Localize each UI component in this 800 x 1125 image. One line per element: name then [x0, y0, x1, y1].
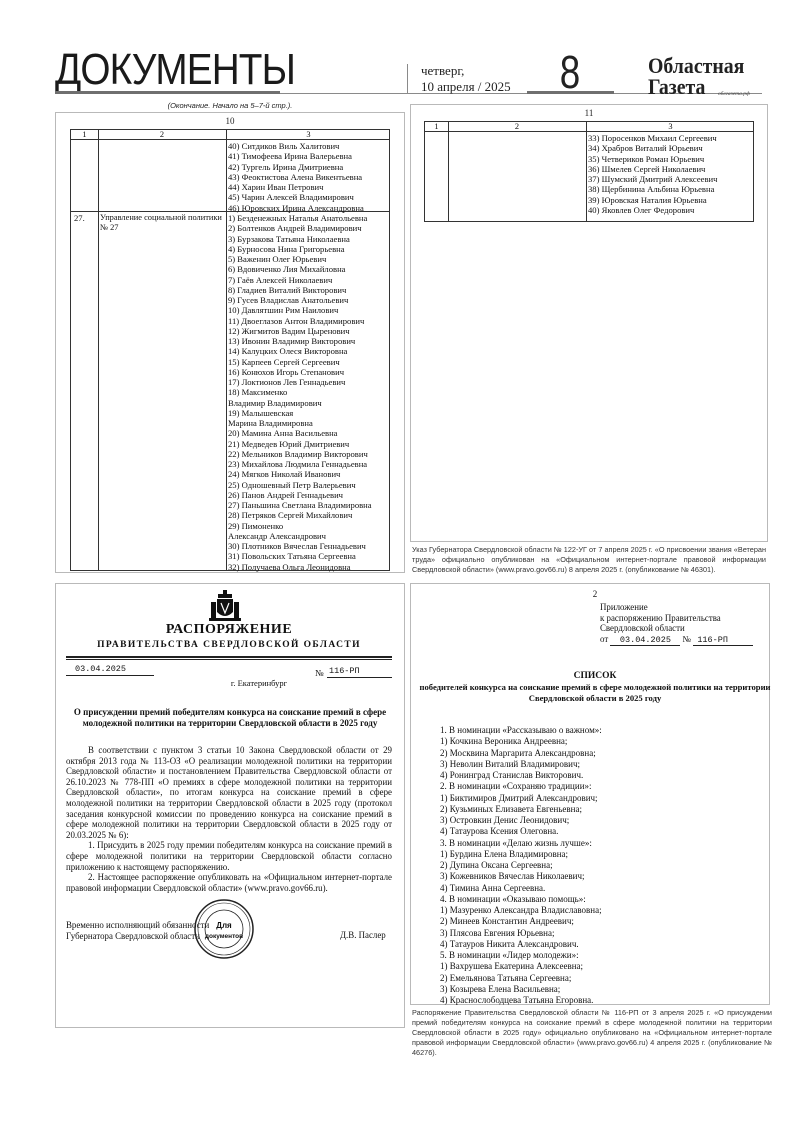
list-item: 40) Яковлев Олег Федорович	[588, 205, 717, 215]
brand-site: облгазета.рф	[718, 91, 750, 97]
list-item: 3) Бурзакова Татьяна Николаевна	[228, 234, 372, 244]
list-title: СПИСОК	[410, 671, 780, 681]
table-row: 1) Безденежных Наталья Анатольевна2) Бол…	[228, 213, 372, 572]
col-divider	[586, 122, 587, 221]
awards-table-page10: 1 2 3 40) Ситдиков Виль Халитович41) Тим…	[70, 129, 390, 571]
list-item: 23) Михайлова Людмила Геннадьевна	[228, 459, 372, 469]
list-item: 3) Кожевников Вячеслав Николаевич;	[440, 871, 602, 882]
list-item: 7) Гаёв Алексей Николаевич	[228, 275, 372, 285]
appendix-date-line: от 03.04.2025 № 116-РП	[600, 634, 753, 647]
list-item: 27) Паньшина Светлана Владимировна	[228, 500, 372, 510]
list-item: 13) Ивонин Владимир Викторович	[228, 336, 372, 346]
awards-table-page11: 1 2 3 33) Поросенков Михаил Сергеевич34)…	[424, 121, 754, 222]
page-number: 8	[534, 49, 606, 95]
list-item: 4) Татауров Никита Александрович.	[440, 939, 602, 950]
decree-body: В соответствии с пунктом 3 статьи 10 Зак…	[66, 745, 392, 893]
page-label: 10	[56, 116, 404, 126]
header-col2: 2	[98, 130, 226, 140]
list-item: 38) Щербинина Альбина Юрьевна	[588, 184, 717, 194]
list-item: 2) Москвина Маргарита Александровна;	[440, 748, 602, 759]
header-col2: 2	[448, 122, 586, 132]
list-item: 43) Феоктистова Алена Викентьевна	[228, 172, 364, 182]
coat-of-arms-icon	[203, 590, 247, 622]
list-item: 8) Гладиев Виталий Викторович	[228, 285, 372, 295]
decree-subtitle: ПРАВИТЕЛЬСТВА СВЕРДЛОВСКОЙ ОБЛАСТИ	[56, 640, 402, 650]
table-row: 33) Поросенков Михаил Сергеевич34) Храбр…	[588, 133, 717, 215]
row-number: 27.	[74, 213, 85, 223]
decree-paragraph: В соответствии с пунктом 3 статьи 10 Зак…	[66, 745, 392, 840]
list-item: 35) Четвериков Роман Юрьевич	[588, 154, 717, 164]
list-item: 1) Биктимиров Дмитрий Александрович;	[440, 793, 602, 804]
decree-paragraph: 2. Настоящее распоряжение опубликовать н…	[66, 872, 392, 893]
list-item: 21) Медведев Юрий Дмитриевич	[228, 439, 372, 449]
decree-city: г. Екатеринбург	[56, 678, 402, 688]
signer-title-line: Губернатора Свердловской области	[66, 931, 209, 942]
list-item: 2) Кузьминых Елизавета Евгеньевна;	[440, 804, 602, 815]
list-item: 2) Емельянова Татьяна Сергеевна;	[440, 973, 602, 984]
svg-text:Для: Для	[216, 921, 232, 930]
table-header: 1 2 3	[71, 130, 389, 140]
list-item: 19) Малышевская	[228, 408, 372, 418]
list-item: 30) Плотников Вячеслав Геннадьевич	[228, 541, 372, 551]
list-item: 4) Краснослободцева Татьяна Егоровна.	[440, 995, 602, 1006]
decree-paragraph: 1. Присудить в 2025 году премии победите…	[66, 840, 392, 872]
date-underline	[66, 675, 154, 676]
list-subtitle: победителей конкурса на соискание премий…	[410, 682, 780, 703]
list-item: 39) Юровская Наталия Юрьевна	[588, 195, 717, 205]
list-item: Александр Александрович	[228, 531, 372, 541]
masthead-accent-bar	[55, 91, 280, 94]
decree-rule	[66, 659, 392, 660]
masthead-divider	[407, 64, 408, 94]
appendix-date: 03.04.2025	[610, 635, 680, 647]
decree-rule	[66, 656, 392, 658]
brand-name-line2: Газета	[648, 77, 705, 97]
list-item: 31) Повольских Татьяна Сергеевна	[228, 551, 372, 561]
list-item: 34) Храбров Виталий Юрьевич	[588, 143, 717, 153]
col-divider	[448, 122, 449, 221]
organization-name: Управление социальной политики № 27	[100, 213, 224, 233]
publication-note-decree-116: Распоряжение Правительства Свердловской …	[412, 1008, 772, 1058]
list-item: 3) Неволин Виталий Владимирович;	[440, 759, 602, 770]
list-item: 4) Бурносова Нина Григорьевна	[228, 244, 372, 254]
table-row: 40) Ситдиков Виль Халитович41) Тимофеева…	[228, 141, 364, 213]
winners-list: 1. В номинации «Рассказываю о важном»:1)…	[440, 725, 602, 1006]
list-item: 1) Бурдина Елена Владимировна;	[440, 849, 602, 860]
appendix-line: Свердловской области	[600, 623, 753, 634]
list-item: 2) Болтенков Андрей Владимирович	[228, 223, 372, 233]
list-item: 44) Харин Иван Петрович	[228, 182, 364, 192]
list-item: 22) Мельников Владимир Викторович	[228, 449, 372, 459]
list-item: 42) Тургель Ирина Дмитриевна	[228, 162, 364, 172]
list-item: 32) Получаева Ольга Леонидовна	[228, 562, 372, 572]
appendix-line: Приложение	[600, 602, 753, 613]
list-item: 3) Козырева Елена Васильевна;	[440, 984, 602, 995]
table-header: 1 2 3	[425, 122, 753, 132]
list-item: 6) Вдовиченко Лия Михайловна	[228, 264, 372, 274]
list-item: 14) Калуцких Олеся Викторовна	[228, 346, 372, 356]
list-item: 2. В номинации «Сохраняю традиции»:	[440, 781, 602, 792]
list-item: 28) Петряков Сергей Михайлович	[228, 510, 372, 520]
decree-number-label: №	[315, 668, 324, 678]
list-item: 41) Тимофеева Ирина Валерьевна	[228, 151, 364, 161]
list-item: 46) Юровских Ирина Александровна	[228, 203, 364, 213]
list-item: 10) Давлятшин Рим Наилович	[228, 305, 372, 315]
list-item: 3. В номинации «Делаю жизнь лучше»:	[440, 838, 602, 849]
list-item: 11) Двоеглазов Антон Владимирович	[228, 316, 372, 326]
appendix-number: 116-РП	[693, 635, 753, 647]
header-col1: 1	[425, 122, 448, 132]
list-item: 17) Локтионов Лев Геннадьевич	[228, 377, 372, 387]
list-item: 45) Чарин Алексей Владимирович	[228, 192, 364, 202]
appendix-page-label: 2	[410, 589, 780, 599]
list-item: 9) Гусев Владислав Анатольевич	[228, 295, 372, 305]
list-item: 36) Шмелев Сергей Николаевич	[588, 164, 717, 174]
list-item: 1. В номинации «Рассказываю о важном»:	[440, 725, 602, 736]
list-item: 24) Мягков Николай Иванович	[228, 469, 372, 479]
list-item: 29) Пимоненко	[228, 521, 372, 531]
list-item: 33) Поросенков Михаил Сергеевич	[588, 133, 717, 143]
list-item: 1) Кочкина Вероника Андреевна;	[440, 736, 602, 747]
number-label: №	[683, 634, 691, 644]
list-item: 26) Панов Андрей Геннадьевич	[228, 490, 372, 500]
signer-name: Д.В. Паслер	[340, 930, 386, 940]
list-item: Владимир Владимирович	[228, 398, 372, 408]
decree-number: 116-РП	[329, 666, 360, 676]
list-item: 4) Ронинград Станислав Викторович.	[440, 770, 602, 781]
weekday: четверг,	[421, 63, 511, 79]
header-col1: 1	[71, 130, 98, 140]
section-title: ДОКУМЕНТЫ	[55, 48, 295, 92]
col-divider	[98, 130, 99, 570]
decree-title: РАСПОРЯЖЕНИЕ	[56, 622, 402, 638]
list-item: 16) Конюхов Игорь Степанович	[228, 367, 372, 377]
appendix-line: к распоряжению Правительства	[600, 613, 753, 624]
decree-heading: О присуждении премий победителям конкурс…	[62, 707, 398, 729]
list-item: 2) Дупина Оксана Сергеевна;	[440, 860, 602, 871]
list-item: 18) Максименко	[228, 387, 372, 397]
brand-name-line1: Областная	[648, 56, 744, 76]
list-item: 20) Мамина Анна Васильевна	[228, 428, 372, 438]
list-item: 3) Плясова Евгения Юрьевна;	[440, 928, 602, 939]
list-item: 4. В номинации «Оказываю помощь»:	[440, 894, 602, 905]
decree-date: 03.04.2025	[75, 664, 126, 674]
official-stamp-icon: Для документов	[193, 898, 255, 960]
date: 10 апреля / 2025	[421, 79, 511, 95]
list-item: 4) Тимина Анна Сергеевна.	[440, 883, 602, 894]
list-item: 15) Карпеев Сергей Сергеевич	[228, 357, 372, 367]
list-item: 25) Одношевный Петр Валерьевич	[228, 480, 372, 490]
list-item: 12) Жигмитов Вадим Цыренович	[228, 326, 372, 336]
header-col3: 3	[586, 122, 755, 132]
list-item: 4) Татаурова Ксения Олеговна.	[440, 826, 602, 837]
list-item: 1) Мазуренко Александра Владиславовна;	[440, 905, 602, 916]
issue-date: четверг, 10 апреля / 2025	[421, 63, 511, 95]
list-item: 5) Важенин Олег Юрьевич	[228, 254, 372, 264]
appendix-reference: Приложение к распоряжению Правительства …	[600, 602, 753, 646]
page-number-bar	[527, 91, 614, 94]
header-col3: 3	[226, 130, 391, 140]
list-item: 1) Вахрушева Екатерина Алексеевна;	[440, 961, 602, 972]
date-prefix: от	[600, 634, 608, 644]
publication-note-decree-122: Указ Губернатора Свердловской области № …	[412, 545, 766, 575]
svg-text:документов: документов	[205, 933, 243, 940]
signer-title: Временно исполняющий обязанности Губерна…	[66, 920, 209, 941]
list-item: 5. В номинации «Лидер молодежи»:	[440, 950, 602, 961]
page-label: 11	[411, 108, 767, 118]
continuation-note: (Окончание. Начало на 5–7-й стр.).	[55, 101, 405, 110]
list-item: 40) Ситдиков Виль Халитович	[228, 141, 364, 151]
list-item: 2) Минеев Константин Андреевич;	[440, 916, 602, 927]
list-item: Марина Владимировна	[228, 418, 372, 428]
col-divider	[226, 130, 227, 570]
list-item: 3) Островкин Денис Леонидович;	[440, 815, 602, 826]
signer-title-line: Временно исполняющий обязанности	[66, 920, 209, 931]
list-item: 37) Шумский Дмитрий Алексеевич	[588, 174, 717, 184]
list-item: 1) Безденежных Наталья Анатольевна	[228, 213, 372, 223]
